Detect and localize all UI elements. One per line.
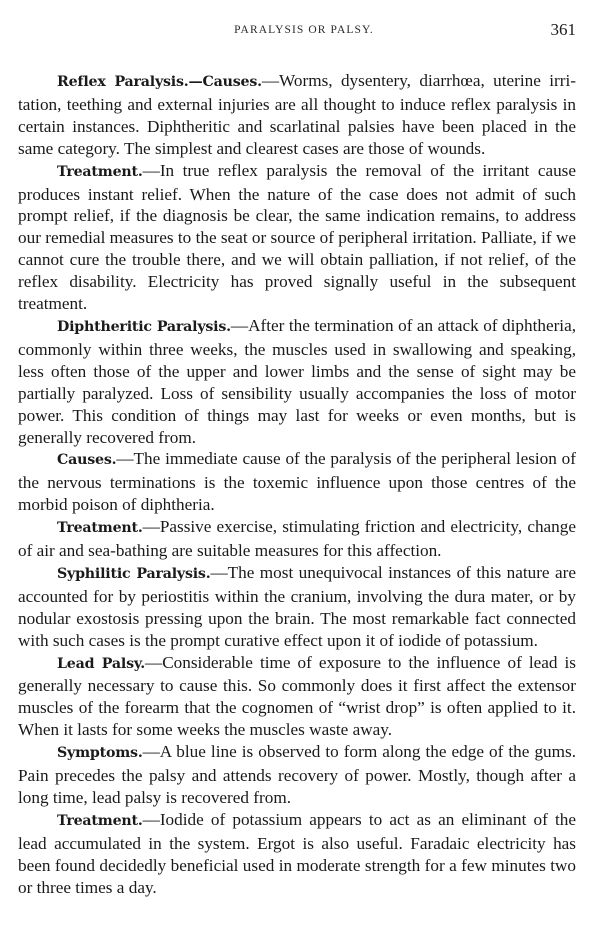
paragraph-lead-symptoms: Symptoms.—A blue line is observed to for… bbox=[18, 741, 576, 809]
paragraph-diphtheritic-causes: Causes.—The immediate cause of the paral… bbox=[18, 448, 576, 516]
page-number: 361 bbox=[551, 20, 577, 40]
run-in-heading: Symptoms. bbox=[57, 745, 143, 761]
run-in-heading: Reflex Paralysis.—Causes. bbox=[57, 74, 262, 90]
paragraph-diphtheritic-treatment: Treatment.—Passive exercise, stimulating… bbox=[18, 516, 576, 562]
body-text: Reflex Paralysis.—Causes.—Worms, dysente… bbox=[18, 70, 576, 899]
paragraph-diphtheritic-paralysis: Diphtheritic Paralysis.—After the termin… bbox=[18, 315, 576, 448]
paragraph-reflex-paralysis-causes: Reflex Paralysis.—Causes.—Worms, dysente… bbox=[18, 70, 576, 160]
run-in-heading: Causes. bbox=[57, 452, 116, 468]
run-in-heading: Syphilitic Paralysis. bbox=[57, 566, 210, 582]
paragraph-reflex-treatment: Treatment.—In true reflex paralysis the … bbox=[18, 160, 576, 315]
paragraph-text: —After the termination of an attack of d… bbox=[18, 316, 576, 447]
paragraph-syphilitic-paralysis: Syphilitic Paralysis.—The most unequivoc… bbox=[18, 562, 576, 652]
book-page: PARALYSIS OR PALSY. 361 Reflex Paralysis… bbox=[18, 0, 576, 899]
running-title: PARALYSIS OR PALSY. bbox=[18, 24, 576, 36]
run-in-heading: Treatment. bbox=[57, 520, 143, 536]
paragraph-text: —In true reflex paralysis the removal of… bbox=[18, 161, 576, 313]
paragraph-lead-treatment: Treatment.—Iodide of potassium appears t… bbox=[18, 809, 576, 899]
paragraph-lead-palsy: Lead Palsy.—Considerable time of exposur… bbox=[18, 652, 576, 742]
running-head: PARALYSIS OR PALSY. 361 bbox=[18, 18, 576, 48]
run-in-heading: Lead Palsy. bbox=[57, 656, 145, 672]
run-in-heading: Treatment. bbox=[57, 164, 143, 180]
run-in-heading: Treatment. bbox=[57, 813, 143, 829]
run-in-heading: Diphtheritic Paralysis. bbox=[57, 319, 231, 335]
